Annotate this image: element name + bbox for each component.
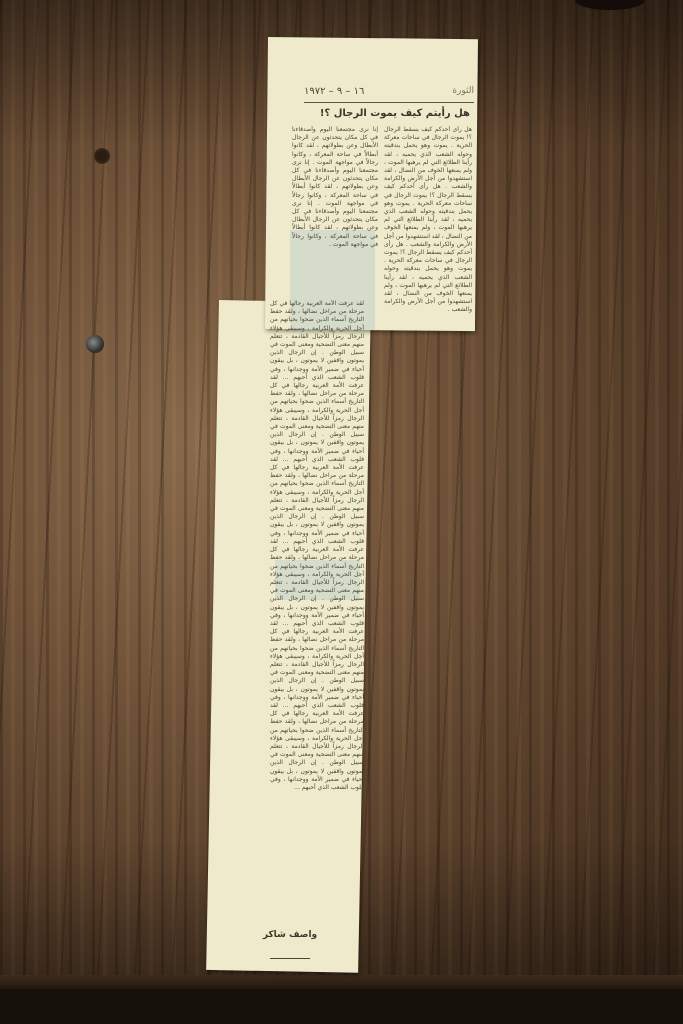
article-body-column-left: إنا نرى مجتمعنا اليوم وأصدقاءنا في كل مك… <box>292 126 378 296</box>
article-headline: هل رأيتم كيف يموت الرجال ؟! <box>300 108 470 119</box>
end-rule <box>270 958 310 959</box>
newspaper-name: الثورة <box>452 86 474 96</box>
dateline: الثورة ١٦ – ٩ – ١٩٧٢ <box>304 80 474 103</box>
nail-head <box>86 335 104 353</box>
table-edge <box>0 975 683 989</box>
wood-knot <box>94 148 110 164</box>
article-body-column-right: هل رأى أحدكم كيف يسقط الرجال ؟! يموت الر… <box>384 126 472 322</box>
article-body-continuation: لقد عرفت الأمة العربية رجالها في كل مرحل… <box>270 300 364 920</box>
publication-date: ١٦ – ٩ – ١٩٧٢ <box>304 86 364 97</box>
author-byline: واصف شاكر <box>255 930 325 940</box>
floor-shadow <box>0 989 683 1024</box>
